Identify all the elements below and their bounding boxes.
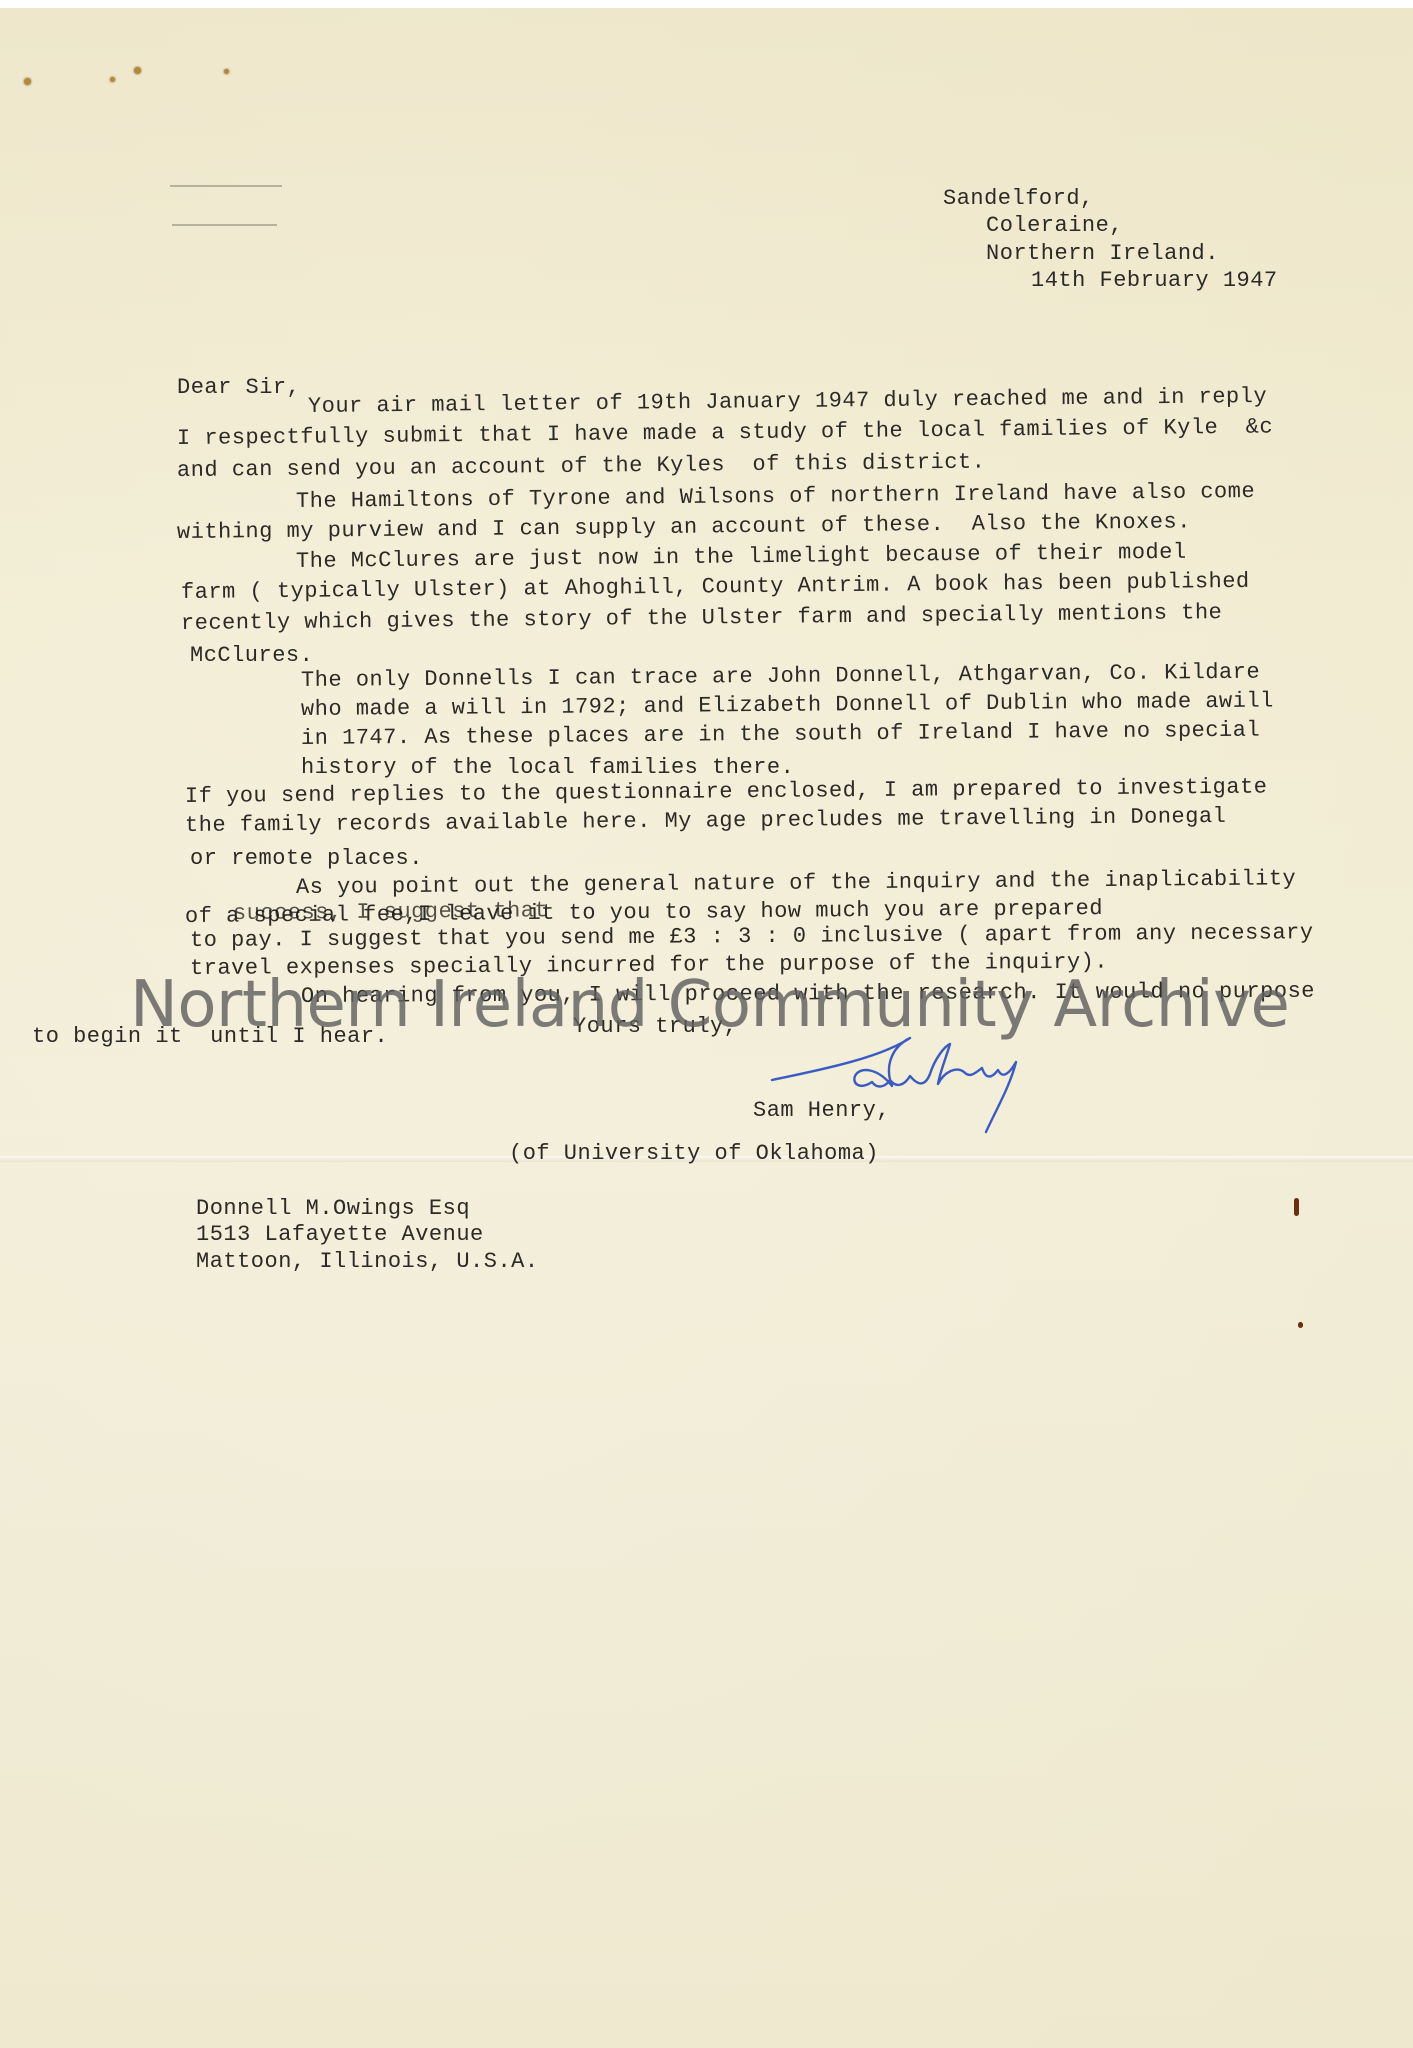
overstrike-text: success, I suggest that: [233, 900, 548, 925]
address-line: Mattoon, Illinois, U.S.A.: [196, 1251, 539, 1273]
ink-stain-mark: [1294, 1198, 1299, 1216]
recipient-name: Donnell M.Owings Esq: [196, 1198, 470, 1220]
salutation: Dear Sir,: [177, 377, 300, 399]
punch-hole-mark: [110, 77, 115, 82]
address-line: Northern Ireland.: [986, 243, 1219, 265]
pencil-mark: [172, 224, 277, 226]
body-line: McClures.: [190, 645, 313, 667]
punch-hole-mark: [134, 67, 141, 74]
address-line: 1513 Lafayette Avenue: [196, 1224, 484, 1246]
body-line: history of the local families there.: [301, 757, 794, 779]
ink-stain-mark: [1298, 1322, 1303, 1328]
punch-hole-mark: [24, 78, 31, 85]
affiliation: (of University of Oklahoma): [509, 1143, 879, 1165]
letter-date: 14th February 1947: [1031, 270, 1278, 292]
punch-hole-mark: [224, 69, 229, 74]
address-line: Coleraine,: [986, 215, 1123, 237]
archive-watermark: Northern Ireland Community Archive: [130, 970, 1289, 1040]
pencil-mark: [170, 185, 282, 187]
address-line: Sandelford,: [943, 188, 1094, 210]
body-line: or remote places.: [190, 848, 423, 870]
typed-signature: Sam Henry,: [753, 1100, 890, 1122]
